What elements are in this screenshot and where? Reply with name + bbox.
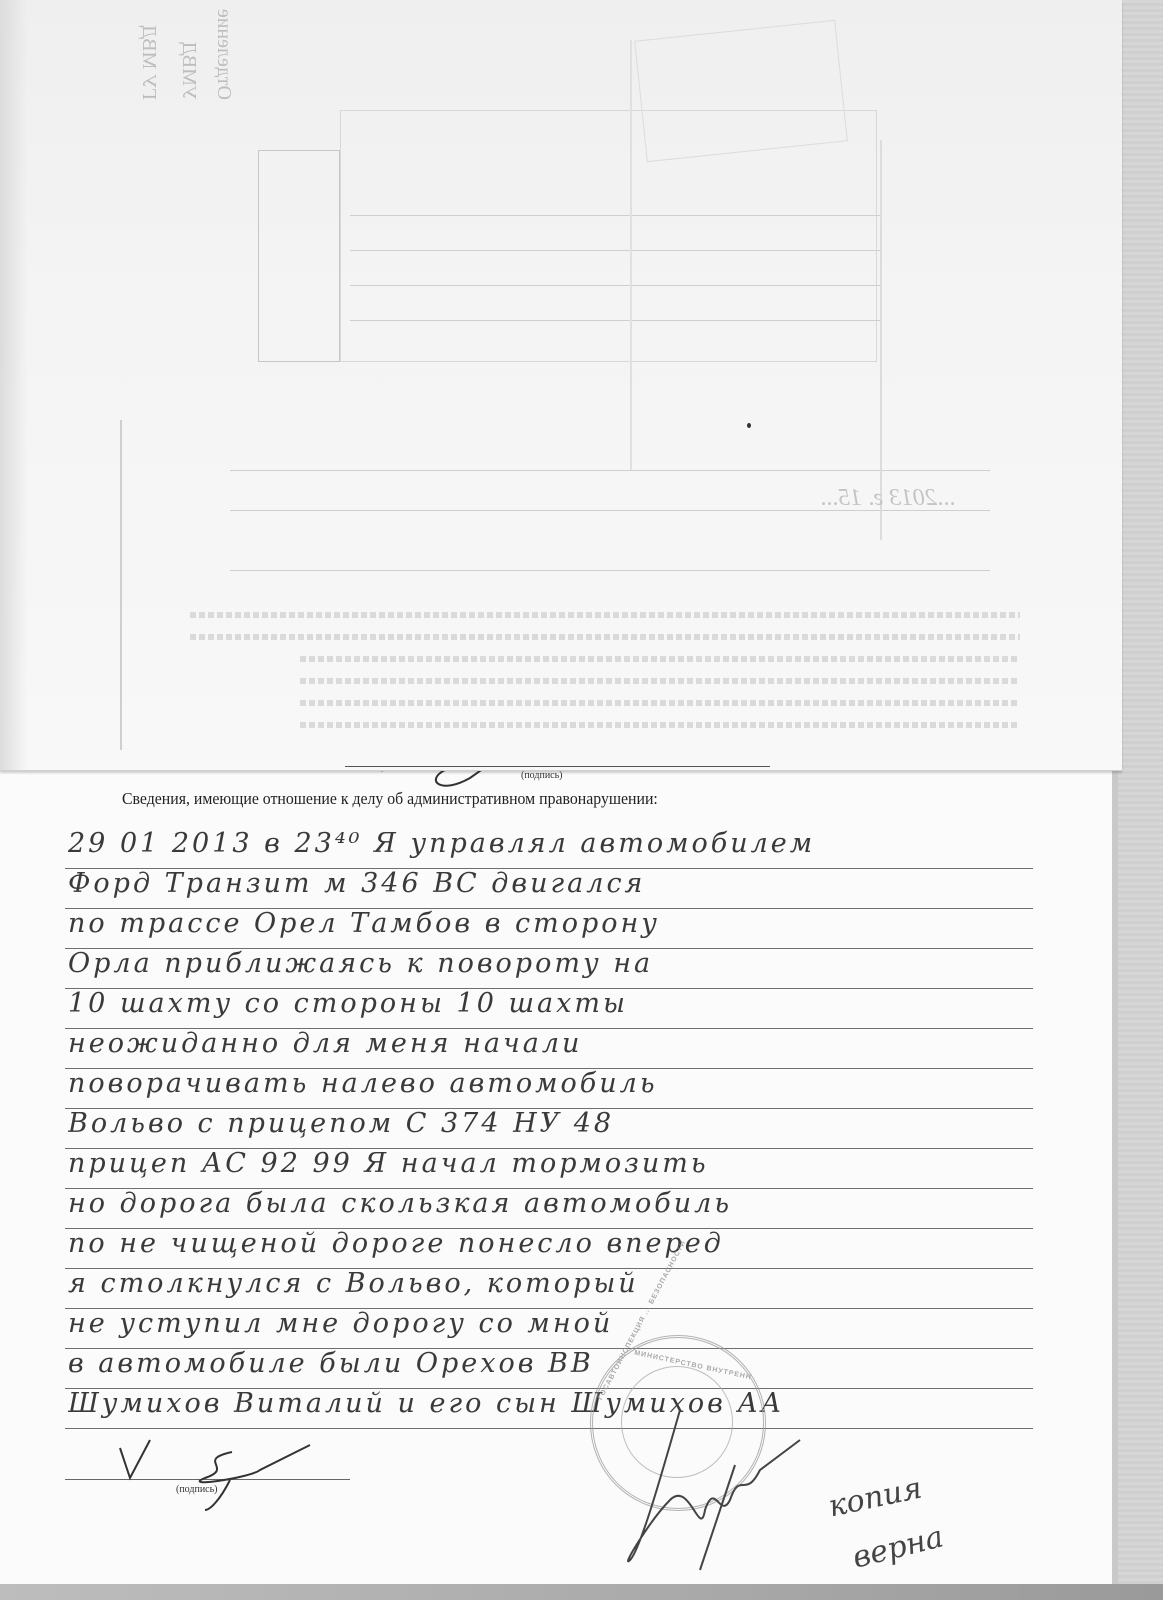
ghost-frame (634, 20, 848, 162)
scanner-background (1118, 0, 1163, 1600)
speck-mark (747, 423, 751, 428)
top-signature-line (345, 766, 770, 767)
ghost-print-row (300, 678, 1020, 684)
ghost-rule (880, 140, 882, 540)
ghost-print-row (300, 700, 1020, 706)
ghost-rule (350, 215, 880, 216)
ghost-vertical-text: ГУ МВД (137, 25, 160, 100)
bottom-signature-icon (120, 1440, 310, 1510)
ghost-handwriting: ...2013 г. 15... (820, 485, 955, 512)
ghost-rule (230, 470, 990, 471)
ghost-vertical-text: Отделение (212, 9, 235, 100)
ghost-frame (340, 110, 877, 362)
overlapping-sheet: ...2013 г. 15... ГУ МВД УМВД Отделение (0, 0, 1122, 771)
ghost-print-row (190, 612, 1020, 618)
ghost-rule (230, 570, 990, 571)
ghost-print-row (300, 722, 1020, 728)
page-edge-shadow (0, 0, 28, 770)
ghost-frame (258, 150, 340, 362)
ghost-rule (350, 250, 880, 251)
scanner-bottom-edge (0, 1584, 1163, 1600)
official-signature-icon (628, 1410, 800, 1570)
ghost-rule (350, 285, 880, 286)
ghost-print-row (300, 656, 1020, 662)
ghost-rule (630, 40, 632, 470)
ghost-rule (350, 320, 880, 321)
ghost-print-row (190, 634, 1020, 640)
ghost-vertical-text: УМВД (177, 42, 200, 100)
ghost-rule (120, 420, 122, 750)
